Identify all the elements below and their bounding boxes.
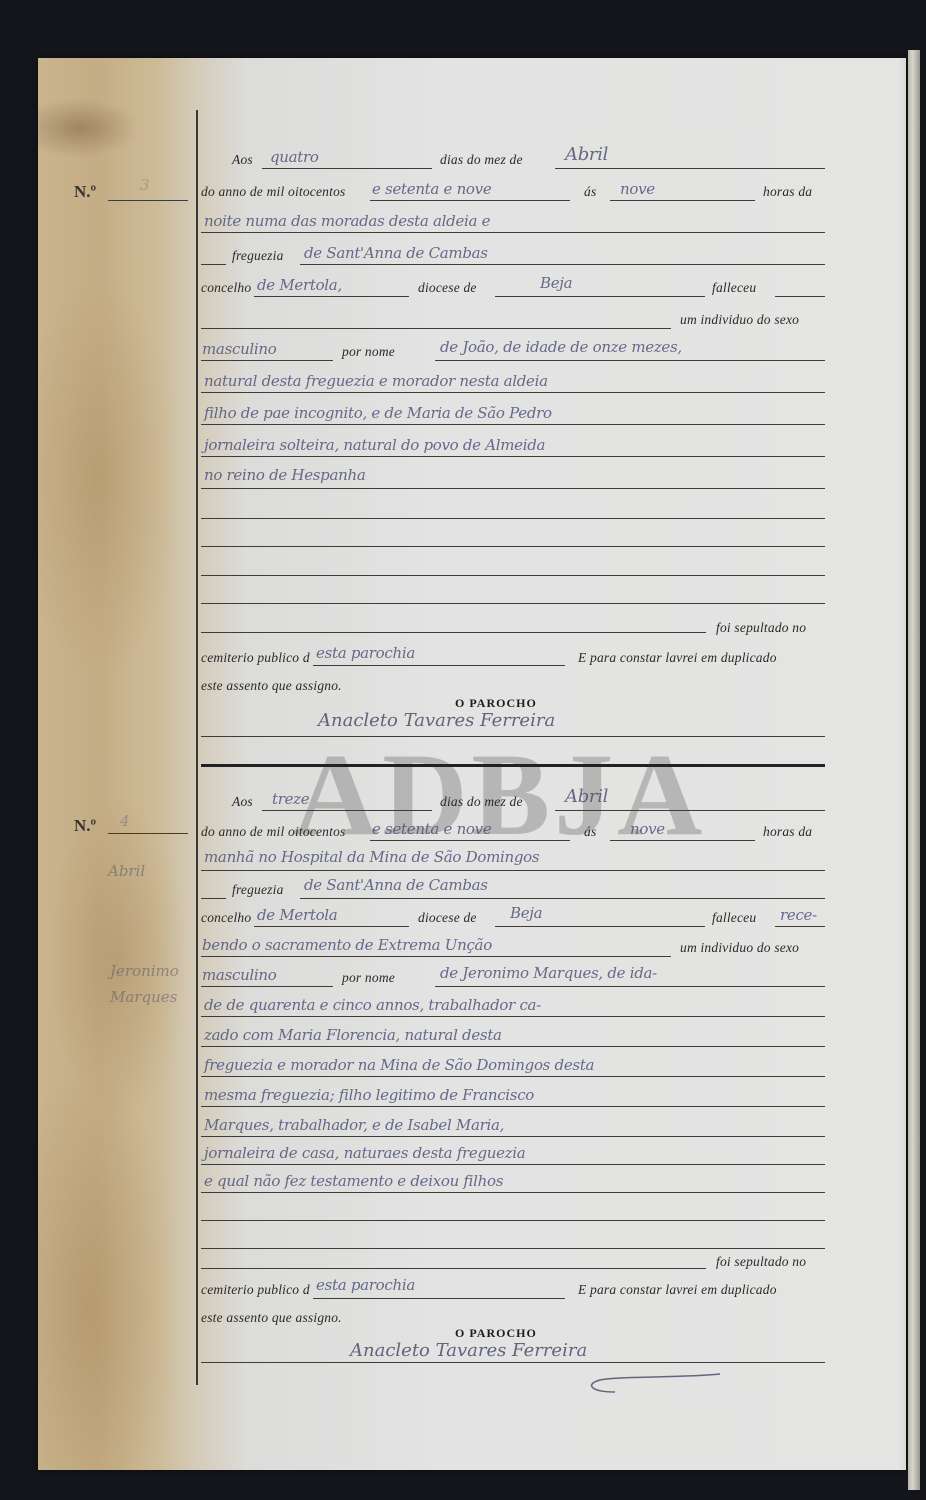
rule [201,488,825,489]
rule [370,200,570,201]
place-value: noite numa das moradas desta aldeia e [204,212,490,230]
entry-number: 4 [120,812,129,830]
municipality-value: de Mertola, [257,276,342,294]
margin-note: Abril [108,862,145,880]
rule [201,956,671,957]
label-falleceu: falleceu [712,910,756,926]
rule [610,200,755,201]
label-assento: este assento que assigno. [201,678,342,694]
narrative-line: freguezia e morador na Mina de São Domin… [204,1056,594,1074]
label-individuo: um individuo do sexo [680,940,799,956]
hour-value: nove [620,180,655,198]
died-detail-cont: bendo o sacramento de Extrema Unção [202,936,492,954]
name-line-1: de João, de idade de onze mezes, [440,338,682,356]
label-nome: por nome [342,344,395,360]
label-concelho: concelho [201,910,251,926]
label-as: ás [584,824,596,840]
narrative-line: filho de pae incognito, e de Maria de Sã… [204,404,552,422]
narrative-line: mesma freguezia; filho legitimo de Franc… [204,1086,534,1104]
label-diocese: diocese de [418,910,477,926]
book-edge [908,50,920,1490]
rule [201,424,825,425]
label-as: ás [584,184,596,200]
entry-number-label: N.º [74,182,96,202]
rule [262,168,432,169]
label-individuo: um individuo do sexo [680,312,799,328]
number-line [108,200,188,201]
rule [370,840,570,841]
label-mez: dias do mez de [440,794,523,810]
cemetery-value: esta parochia [316,1276,415,1294]
parocho-title: O PAROCHO [455,1326,537,1341]
narrative-line: Marques, trabalhador, e de Isabel Maria, [204,1116,504,1134]
parish-value: de Sant'Anna de Cambas [304,876,488,894]
rule [435,986,825,987]
label-anno: do anno de mil oitocentos [201,824,345,840]
priest-signature: Anacleto Tavares Ferreira [350,1340,587,1361]
signature-flourish [580,1370,730,1400]
rule [201,1106,825,1107]
margin-note: Marques [110,988,177,1006]
label-falleceu: falleceu [712,280,756,296]
rule [201,546,825,547]
rule [201,392,825,393]
label-constar: E para constar lavrei em duplicado [578,650,777,666]
label-constar: E para constar lavrei em duplicado [578,1282,777,1298]
rule [313,665,565,666]
parocho-title: O PAROCHO [455,696,537,711]
label-cemiterio: cemiterio publico d [201,650,310,666]
rule [201,1136,825,1137]
rule [435,360,825,361]
label-aos: Aos [232,794,253,810]
label-cemiterio: cemiterio publico d [201,1282,310,1298]
year-value: e setenta e nove [372,820,491,838]
rule [254,296,409,297]
label-freguezia: freguezia [232,882,284,898]
label-anno: do anno de mil oitocentos [201,184,345,200]
narrative-line: jornaleira de casa, naturaes desta fregu… [204,1144,525,1162]
number-line [108,833,188,834]
rule [555,810,825,811]
rule [610,840,755,841]
day-value: treze [272,790,309,808]
rule [201,1016,825,1017]
municipality-value: de Mertola [257,906,337,924]
label-concelho: concelho [201,280,251,296]
narrative-line: zado com Maria Florencia, natural desta [204,1026,502,1044]
label-aos: Aos [232,152,253,168]
label-sepultado: foi sepultado no [716,1254,806,1270]
rule [254,926,409,927]
label-assento: este assento que assigno. [201,1310,342,1326]
rule [201,264,226,265]
rule [201,898,226,899]
month-value: Abril [565,144,608,165]
parish-value: de Sant'Anna de Cambas [304,244,488,262]
entry-number-label: N.º [74,816,96,836]
narrative-line: natural desta freguezia e morador nesta … [204,372,548,390]
label-freguezia: freguezia [232,248,284,264]
rule [201,360,333,361]
rule [201,518,825,519]
label-diocese: diocese de [418,280,477,296]
rule [201,328,671,329]
rule [201,456,825,457]
diocese-value: Beja [540,274,572,292]
cemetery-value: esta parochia [316,644,415,662]
label-horas: horas da [763,184,812,200]
rule [201,603,825,604]
rule [201,1192,825,1193]
narrative-line: jornaleira solteira, natural do povo de … [204,436,545,454]
rule [201,1362,825,1363]
label-nome: por nome [342,970,395,986]
label-mez: dias do mez de [440,152,523,168]
day-value: quatro [270,148,319,166]
margin-rule [196,110,198,1385]
died-detail: rece- [780,906,817,924]
narrative-line: e qual não fez testamento e deixou filho… [204,1172,503,1190]
label-horas: horas da [763,824,812,840]
rule [201,1076,825,1077]
rule [262,810,432,811]
year-value: e setenta e nove [372,180,491,198]
rule [201,986,333,987]
rule [775,926,825,927]
priest-signature: Anacleto Tavares Ferreira [318,710,555,731]
rule [201,1164,825,1165]
rule [201,1248,825,1249]
rule [775,296,825,297]
rule [555,168,825,169]
rule [300,898,825,899]
hour-value: nove [630,820,665,838]
narrative-line: de de quarenta e cinco annos, trabalhado… [204,996,541,1014]
narrative-line: no reino de Hespanha [204,466,365,484]
rule [495,926,705,927]
rule [201,736,825,737]
entry-separator [201,764,825,767]
rule [300,264,825,265]
rule [313,1298,565,1299]
sex-value: masculino [202,966,277,984]
month-value: Abril [565,786,608,807]
rule [201,232,825,233]
rule [201,1046,825,1047]
label-sepultado: foi sepultado no [716,620,806,636]
rule [201,575,825,576]
name-line-1: de Jeronimo Marques, de ida- [440,964,657,982]
rule [495,296,705,297]
rule [201,1268,706,1269]
sex-value: masculino [202,340,277,358]
diocese-value: Beja [510,904,542,922]
margin-note: Jeronimo [110,962,179,980]
entry-number: 3 [140,176,149,194]
rule [201,1220,825,1221]
place-value: manhã no Hospital da Mina de São Domingo… [204,848,539,866]
rule [201,632,706,633]
rule [201,870,825,871]
